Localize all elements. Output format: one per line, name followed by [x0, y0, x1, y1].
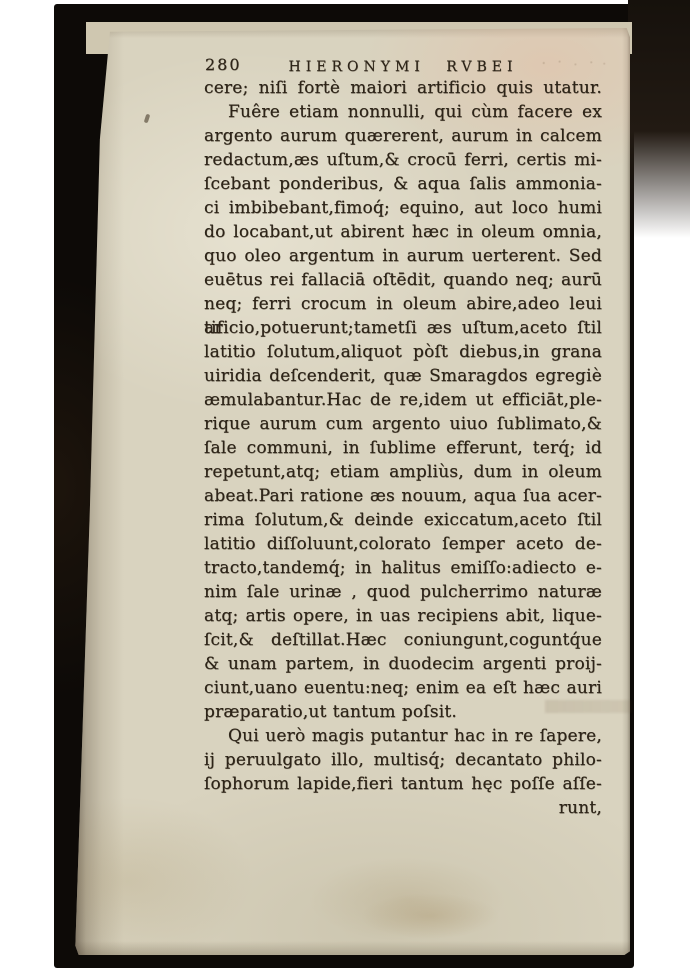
running-header: 280 HIERONYMI RVBEI — [204, 50, 602, 76]
text-line: quo oleo argentum in aurum uerterent. Se… — [204, 244, 602, 268]
text-line: do locabant,ut abirent hæc in oleum omni… — [204, 220, 602, 244]
text-line: redactum,æs uſtum,& crocū ferri, certis … — [204, 148, 602, 172]
text-line: ij peruulgato illo, multisq́; decantato … — [204, 748, 602, 772]
text-block: 280 HIERONYMI RVBEI cere; niſi fortè mai… — [204, 50, 602, 820]
scan-border-top-right — [628, 0, 690, 238]
body-lines: cere; niſi fortè maiori artificio quis u… — [204, 76, 602, 796]
text-line: uiridia deſcenderit, quæ Smaragdos egreg… — [204, 364, 602, 388]
text-line: ci imbibebant,fimoq́; equino, aut loco h… — [204, 196, 602, 220]
text-line: & unam partem, in duodecim argenti proij… — [204, 652, 602, 676]
text-line: nim ſale urinæ , quod pulcherrimo naturæ — [204, 580, 602, 604]
text-line: euētus rei fallaciā oſtēdit, quando neq;… — [204, 268, 602, 292]
paper-stain — [360, 893, 500, 939]
text-line: cere; niſi fortè maiori artificio quis u… — [204, 76, 602, 100]
text-line: neq; ferri crocum in oleum abire,adeo le… — [204, 292, 602, 316]
text-line: atq; artis opere, in uas recipiens abit,… — [204, 604, 602, 628]
text-line: Fuêre etiam nonnulli, qui cùm facere ex — [204, 100, 602, 124]
text-line: abeat.Pari ratione æs nouum, aqua ſua ac… — [204, 484, 602, 508]
text-line: ſophorum lapide,fieri tantum hęc poſſe a… — [204, 772, 602, 796]
text-line: tificio,potuerunt;tametſi æs uſtum,aceto… — [204, 316, 602, 340]
text-line: latitio diſſoluunt,colorato ſemper aceto… — [204, 532, 602, 556]
text-line: ſcebant ponderibus, & aqua ſalis ammonia… — [204, 172, 602, 196]
text-line: æmulabantur.Hac de re,idem ut efficiāt,p… — [204, 388, 602, 412]
book-scan: 280 HIERONYMI RVBEI cere; niſi fortè mai… — [0, 0, 690, 976]
text-line: ſale communi, in ſublime efferunt, terq́… — [204, 436, 602, 460]
text-line: latitio ſolutum,aliquot pòſt diebus,in g… — [204, 340, 602, 364]
text-line: repetunt,atq; etiam ampliùs, dum in oleu… — [204, 460, 602, 484]
text-line: Qui uerò magis putantur hac in re ſapere… — [204, 724, 602, 748]
text-line: argento aurum quærerent, aurum in calcem — [204, 124, 602, 148]
text-line: rique aurum cum argento uiuo ſublimato,& — [204, 412, 602, 436]
text-line: ciunt,uano euentu:neq; enim ea eſt hæc a… — [204, 676, 602, 700]
text-line: ſcit,& deſtillat.Hæc coniungunt,coguntq́… — [204, 628, 602, 652]
running-header-title: HIERONYMI RVBEI — [204, 55, 602, 79]
text-line: tracto,tandemq́; in halitus emiſſo:adiec… — [204, 556, 602, 580]
text-line: rima ſolutum,& deinde exiccatum,aceto ſt… — [204, 508, 602, 532]
